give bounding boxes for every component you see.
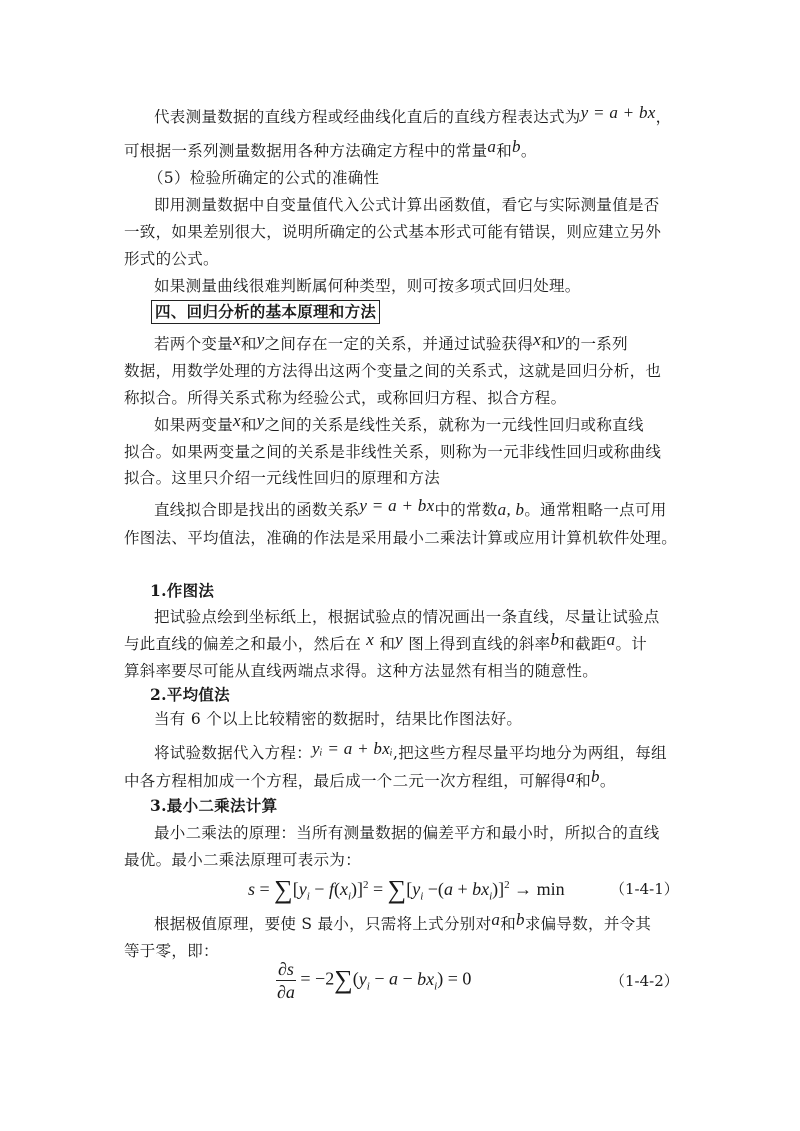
paragraph-line: 如果两变量x和y之间的关系是线性关系，就称为一元线性回归或称直线 — [124, 414, 714, 436]
method3-heading: 3.最小二乘法计算 — [124, 795, 710, 817]
text: 和 — [241, 416, 257, 434]
text: 的一系列 — [565, 335, 628, 353]
var-b: b — [591, 767, 600, 786]
var-a: a — [487, 137, 496, 156]
paragraph-line: 如果测量曲线很难判断属何种类型，则可按多项式回归处理。 — [124, 275, 714, 297]
step5-heading: （5）检验所确定的公式的准确性 — [124, 167, 708, 189]
var-x: x — [366, 630, 374, 649]
var-x: x — [233, 411, 241, 430]
paragraph-line: 拟合。这里只介绍一元线性回归的原理和方法 — [124, 467, 684, 489]
paragraph-line: 拟合。如果两变量之间的关系是非线性关系，则称为一元非线性回归或称曲线 — [124, 441, 684, 463]
formula-yi: yᵢ = a + bxᵢ — [312, 739, 393, 758]
method2-heading: 2.平均值法 — [124, 684, 710, 706]
paragraph-line: 作图法、平均值法，准确的作法是采用最小二乘法计算或应用计算机软件处理。 — [124, 527, 684, 549]
text: 中各方程相加成一个方程，最后成一个二元一次方程组，可解得 — [124, 772, 566, 790]
equation-1-4-1: s = ∑[yi − f(xi)]2 = ∑[yi −(a + bxi)]2 →… — [248, 872, 565, 903]
text: 。 — [600, 772, 616, 790]
var-y: y — [257, 330, 265, 349]
text: 图上得到直线的斜率 — [408, 635, 550, 653]
text: 中的常数 — [434, 501, 497, 519]
var-b: b — [516, 910, 525, 929]
text: 和 — [241, 335, 257, 353]
text: 将试验数据代入方程： — [154, 744, 312, 762]
text: 和 — [541, 335, 557, 353]
paragraph-line: 若两个变量x和y之间存在一定的关系，并通过试验获得x和y的一系列 — [124, 333, 714, 355]
section-title-row: 四、回归分析的基本原理和方法 — [124, 300, 711, 324]
paragraph-line: 最小二乘法的原理：当所有测量数据的偏差平方和最小时，所拟合的直线 — [124, 822, 714, 844]
paragraph-line: 中各方程相加成一个方程，最后成一个二元一次方程组，可解得a和b。 — [124, 770, 684, 792]
text: 和截距 — [559, 635, 606, 653]
constants-ab: a, b — [498, 500, 525, 519]
text: 之间的关系是线性关系，就称为一元线性回归或称直线 — [265, 416, 644, 434]
equation-number: （1-4-1） — [610, 878, 679, 899]
paragraph-line: 即用测量数据中自变量值代入公式计算出函数值，看它与实际测量值是否 — [124, 194, 714, 216]
paragraph-line: 数据，用数学处理的方法得出这两个变量之间的关系式，这就是回归分析，也 — [124, 360, 684, 382]
paragraph-line: 当有 6 个以上比较精密的数据时，结果比作图法好。 — [124, 708, 714, 730]
text: 若两个变量 — [154, 335, 233, 353]
formula-linear: y = a + bx — [581, 103, 656, 122]
text: 和 — [496, 142, 512, 160]
numerator: ∂s — [276, 958, 296, 981]
text: 可根据一系列测量数据用各种方法确定方程中的常量 — [124, 142, 487, 160]
section-title: 四、回归分析的基本原理和方法 — [151, 300, 380, 324]
var-a: a — [566, 767, 575, 786]
text: 。通常粗略一点可用 — [524, 501, 666, 519]
text: 根据极值原理，要使 S 最小，只需将上式分别对 — [154, 915, 491, 933]
text: 。计 — [615, 635, 647, 653]
paragraph-line: 一致，如果差别很大，说明所确定的公式基本形式可能有错误，则应建立另外 — [124, 221, 684, 243]
text: 如果两变量 — [154, 416, 233, 434]
paragraph-line: 最优。最小二乘法原理可表示为： — [124, 849, 684, 871]
equation-1-4-2: ∂s ∂a = −2∑(yi − a − bxi) = 0 — [276, 958, 471, 1003]
paragraph-line: 代表测量数据的直线方程或经曲线化直后的直线方程表达式为y = a + bx， — [124, 106, 714, 128]
text: 和 — [379, 635, 395, 653]
text: 求偏导数，并令其 — [525, 915, 651, 933]
var-y: y — [557, 330, 565, 349]
paragraph-line: 直线拟合即是找出的函数关系y = a + bx中的常数a, b。通常粗略一点可用 — [124, 499, 714, 521]
paragraph-line: 与此直线的偏差之和最小，然后在 x 和y 图上得到直线的斜率b和截距a。计 — [124, 633, 684, 655]
paragraph-line: 根据极值原理，要使 S 最小，只需将上式分别对a和b求偏导数，并令其 — [124, 913, 714, 935]
method1-heading: 1.作图法 — [124, 580, 710, 602]
formula-linear: y = a + bx — [359, 496, 434, 515]
var-a: a — [491, 910, 500, 929]
denominator: ∂a — [276, 981, 296, 1003]
paragraph-line: 把试验点绘到坐标纸上，根据试验点的情况画出一条直线，尽量让试验点 — [124, 606, 714, 628]
var-x: x — [233, 330, 241, 349]
text: 和 — [575, 772, 591, 790]
paragraph-line: 称拟合。所得关系式称为经验公式，或称回归方程、拟合方程。 — [124, 387, 684, 409]
text: 直线拟合即是找出的函数关系 — [154, 501, 359, 519]
var-y: y — [257, 411, 265, 430]
partial-fraction: ∂s ∂a — [276, 958, 296, 1003]
paragraph-line: 形式的公式。 — [124, 248, 684, 270]
var-y: y — [395, 630, 403, 649]
var-b: b — [512, 137, 521, 156]
text: 与此直线的偏差之和最小，然后在 — [124, 635, 361, 653]
var-b: b — [550, 630, 559, 649]
equation-number: （1-4-2） — [610, 970, 679, 991]
var-a: a — [607, 630, 616, 649]
paragraph-line: 可根据一系列测量数据用各种方法确定方程中的常量a和b。 — [124, 140, 684, 162]
text: 。 — [521, 142, 537, 160]
text: ,把这些方程尽量平均地分为两组，每组 — [393, 744, 667, 762]
text: 之间存在一定的关系，并通过试验获得 — [265, 335, 534, 353]
text: 代表测量数据的直线方程或经曲线化直后的直线方程表达式为 — [154, 108, 581, 126]
text: ， — [656, 108, 672, 126]
text: 和 — [500, 915, 516, 933]
var-x: x — [533, 330, 541, 349]
paragraph-line: 将试验数据代入方程：yᵢ = a + bxᵢ,把这些方程尽量平均地分为两组，每组 — [124, 742, 714, 764]
paragraph-line: 算斜率要尽可能从直线两端点求得。这种方法显然有相当的随意性。 — [124, 660, 684, 682]
document-page: 代表测量数据的直线方程或经曲线化直后的直线方程表达式为y = a + bx， 可… — [0, 0, 800, 1131]
